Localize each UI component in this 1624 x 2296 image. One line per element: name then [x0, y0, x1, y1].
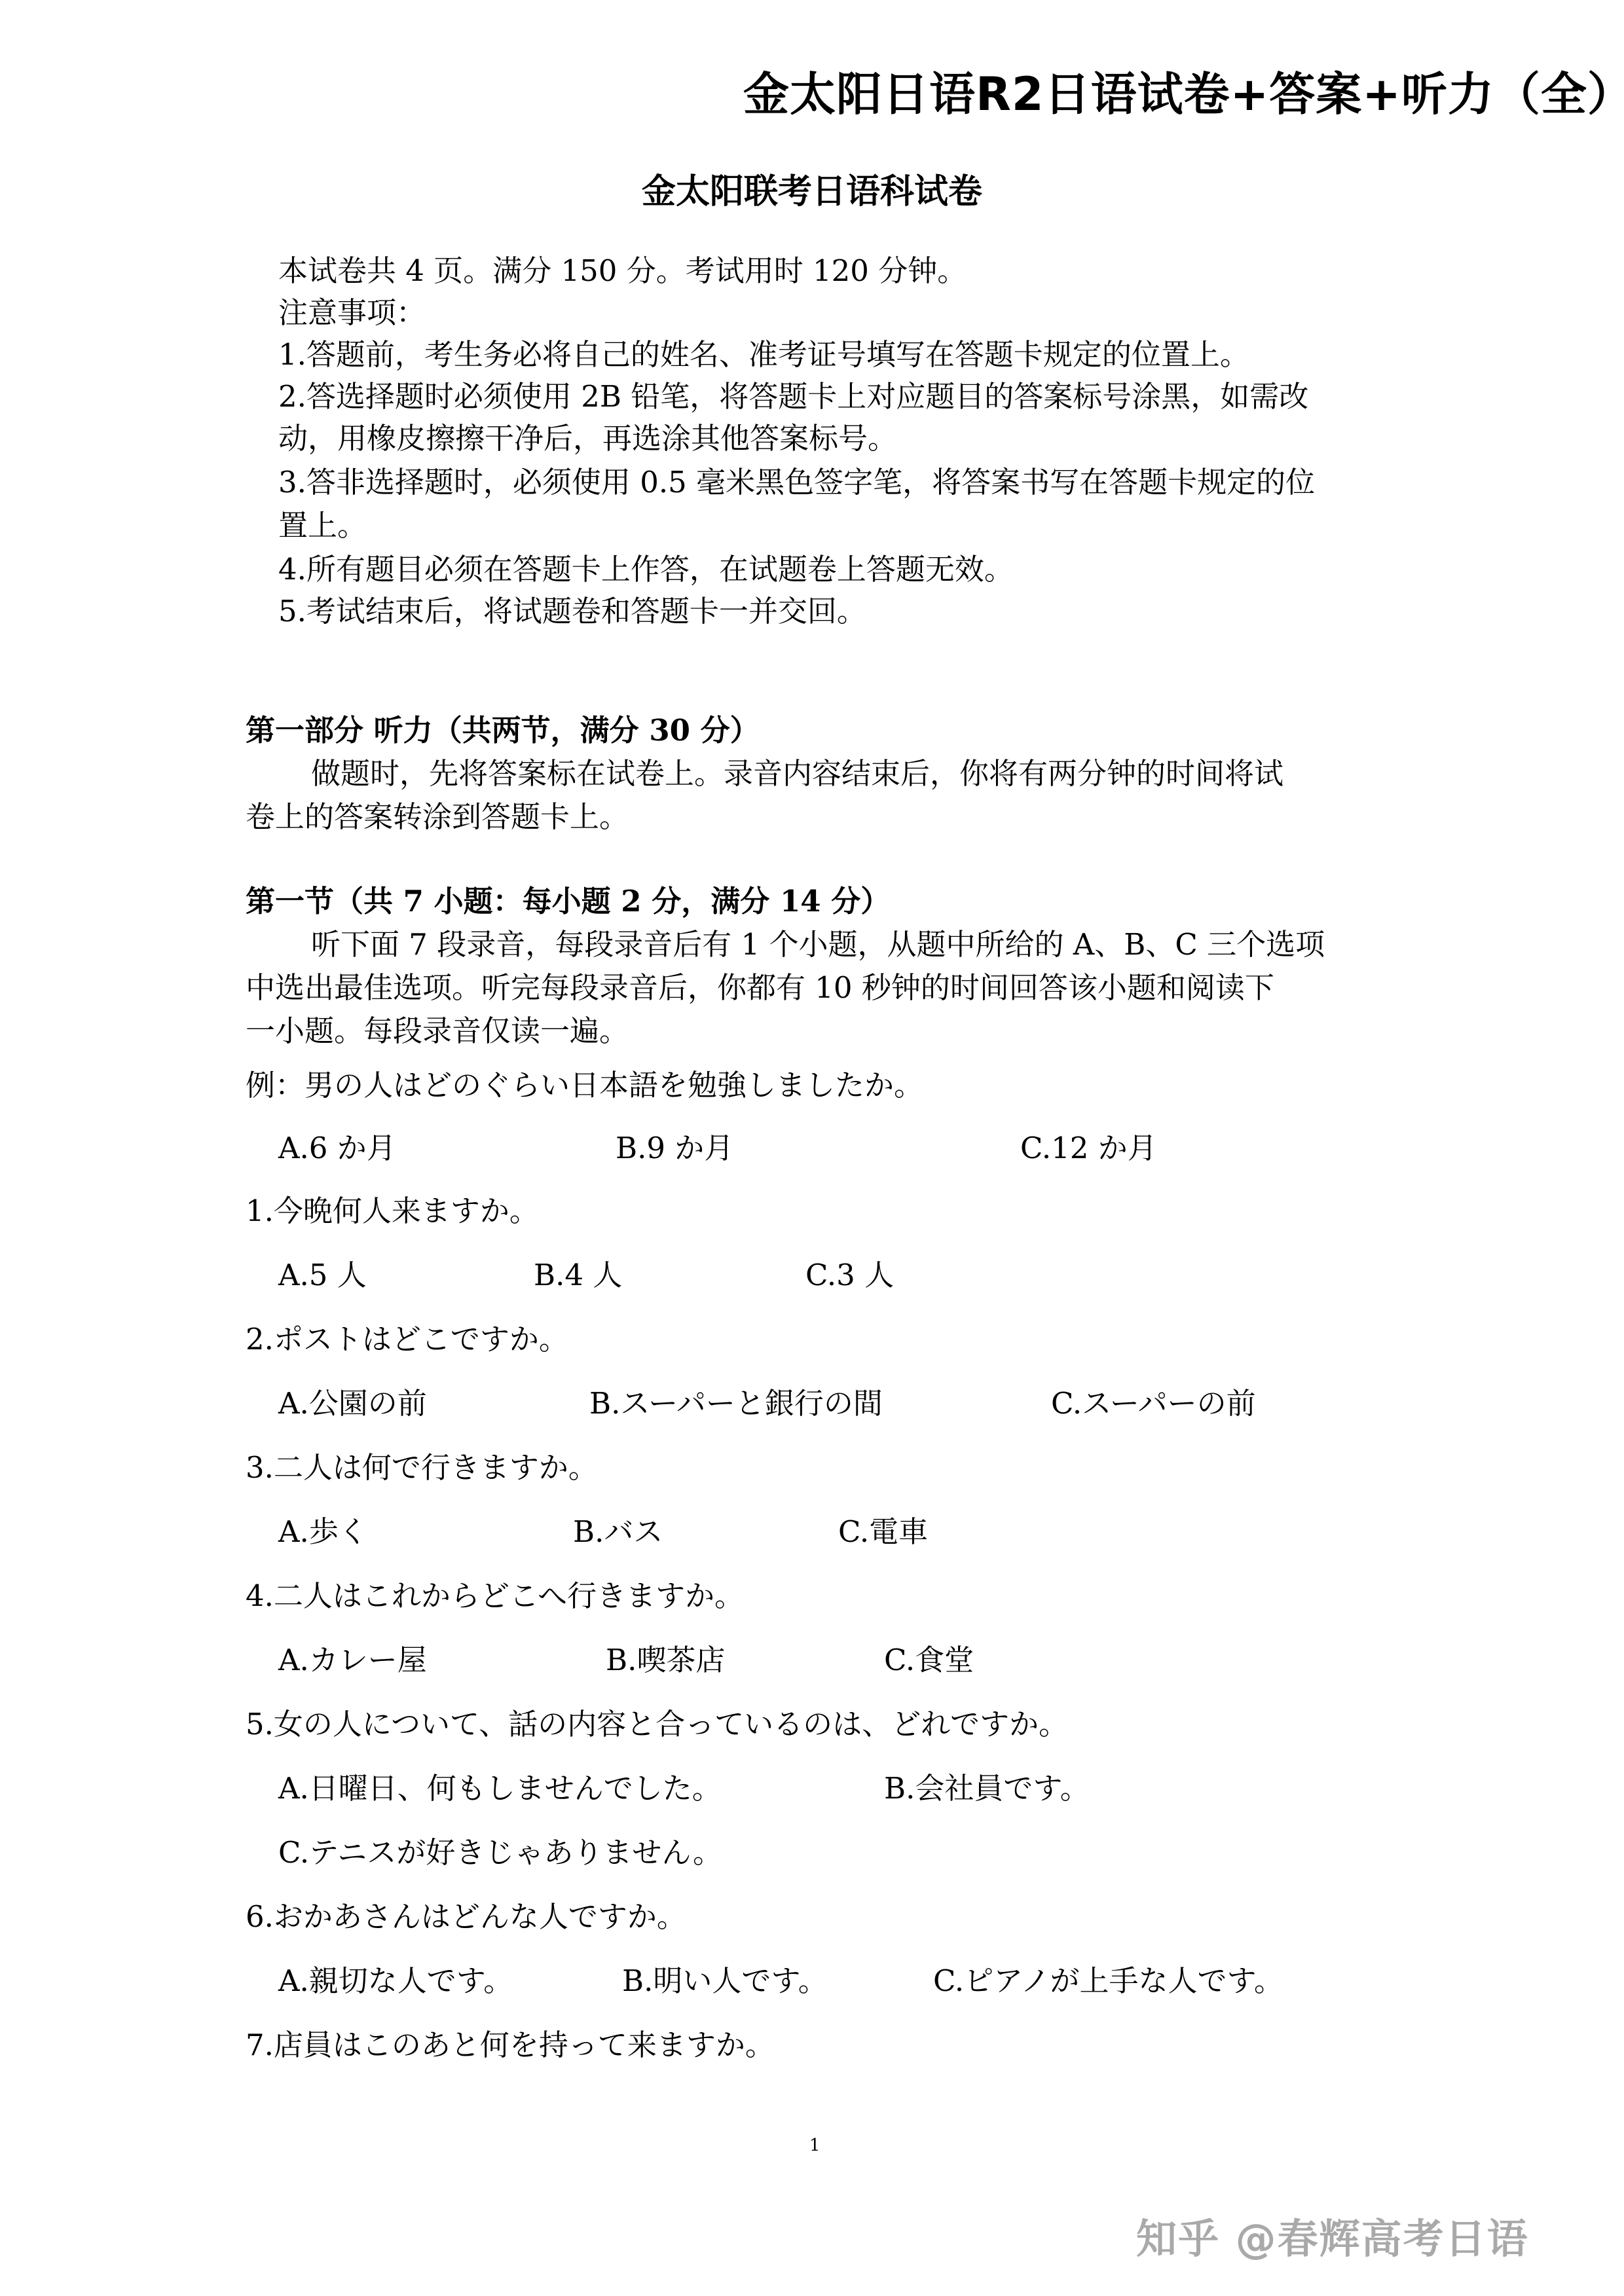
- q2-option-b: B.スーパーと銀行の間: [589, 1383, 883, 1425]
- section1-instruction: 一小题。每段录音仅读一遍。: [246, 1010, 629, 1052]
- q6-option-a: A.親切な人です。: [278, 1960, 513, 2002]
- question-7: 7.店員はこのあと何を持って来ますか。: [246, 2024, 775, 2066]
- q4-option-c: C.食堂: [884, 1639, 974, 1681]
- section1-instruction: 听下面 7 段录音，每段录音后有 1 个小题，从题中所给的 A、B、C 三个选项: [311, 924, 1325, 966]
- question-1: 1.今晩何人来ますか。: [246, 1190, 539, 1232]
- question-5: 5.女の人について、話の内容と合っているのは、どれですか。: [246, 1704, 1068, 1745]
- q6-option-c: C.ピアノが上手な人です。: [933, 1960, 1283, 2002]
- part1-heading: 第一部分 听力（共两节，满分 30 分）: [246, 710, 760, 752]
- note-item: 置上。: [278, 505, 367, 547]
- question-2: 2.ポストはどこですか。: [246, 1319, 568, 1360]
- example-question: 例：男の人はどのぐらい日本語を勉強しましたか。: [246, 1065, 923, 1106]
- q3-option-b: B.バス: [573, 1511, 663, 1553]
- question-6: 6.おかあさんはどんな人ですか。: [246, 1896, 686, 1938]
- notes-heading: 注意事项：: [278, 292, 426, 334]
- q4-option-b: B.喫茶店: [606, 1639, 725, 1681]
- note-item: 3.答非选择题时，必须使用 0.5 毫米黑色签字笔，将答案书写在答题卡规定的位: [278, 462, 1315, 503]
- zhihu-watermark: 知乎 @春辉高考日语: [1136, 2206, 1529, 2265]
- q1-option-b: B.4 人: [534, 1254, 622, 1296]
- q1-option-c: C.3 人: [805, 1254, 894, 1296]
- part1-instruction: 做题时，先将答案标在试卷上。录音内容结束后，你将有两分钟的时间将试: [311, 753, 1283, 795]
- q6-option-b: B.明い人です。: [622, 1960, 828, 2002]
- note-item: 动，用橡皮擦擦干净后，再选涂其他答案标号。: [278, 418, 897, 460]
- example-option-a: A.6 か月: [278, 1127, 396, 1169]
- q5-option-c: C.テニスが好きじゃありません。: [278, 1832, 722, 1874]
- q4-option-a: A.カレー屋: [278, 1639, 427, 1681]
- exam-title: 金太阳联考日语科试卷: [0, 164, 1624, 213]
- example-option-b: B.9 か月: [616, 1127, 733, 1169]
- exam-intro: 本试卷共 4 页。满分 150 分。考试用时 120 分钟。: [278, 250, 967, 292]
- example-option-c: C.12 か月: [1020, 1127, 1157, 1169]
- note-item: 1.答题前，考生务必将自己的姓名、准考证号填写在答题卡规定的位置上。: [278, 334, 1249, 376]
- q5-option-b: B.会社員です。: [884, 1768, 1090, 1810]
- note-item: 4.所有题目必须在答题卡上作答，在试题卷上答题无效。: [278, 549, 1014, 591]
- q2-option-c: C.スーパーの前: [1051, 1383, 1256, 1425]
- section1-instruction: 中选出最佳选项。听完每段录音后，你都有 10 秒钟的时间回答该小题和阅读下: [246, 967, 1274, 1009]
- note-item: 5.考试结束后，将试题卷和答题卡一并交回。: [278, 591, 866, 632]
- q3-option-c: C.電車: [838, 1511, 928, 1553]
- q1-option-a: A.5 人: [278, 1254, 367, 1296]
- part1-instruction: 卷上的答案转涂到答题卡上。: [246, 796, 629, 838]
- note-item: 2.答选择题时必须使用 2B 铅笔，将答题卡上对应题目的答案标号涂黑，如需改: [278, 376, 1308, 418]
- question-3: 3.二人は何で行きますか。: [246, 1447, 598, 1489]
- page-number: 1: [809, 2136, 821, 2155]
- section1-heading: 第一节（共 7 小题：每小题 2 分，满分 14 分）: [246, 881, 890, 922]
- q3-option-a: A.歩く: [278, 1511, 368, 1553]
- document-banner-title: 金太阳日语R2日语试卷+答案+听力（全）: [743, 58, 1624, 124]
- q2-option-a: A.公園の前: [278, 1383, 427, 1425]
- q5-option-a: A.日曜日、何もしませんでした。: [278, 1768, 722, 1810]
- question-4: 4.二人はこれからどこへ行きますか。: [246, 1575, 744, 1617]
